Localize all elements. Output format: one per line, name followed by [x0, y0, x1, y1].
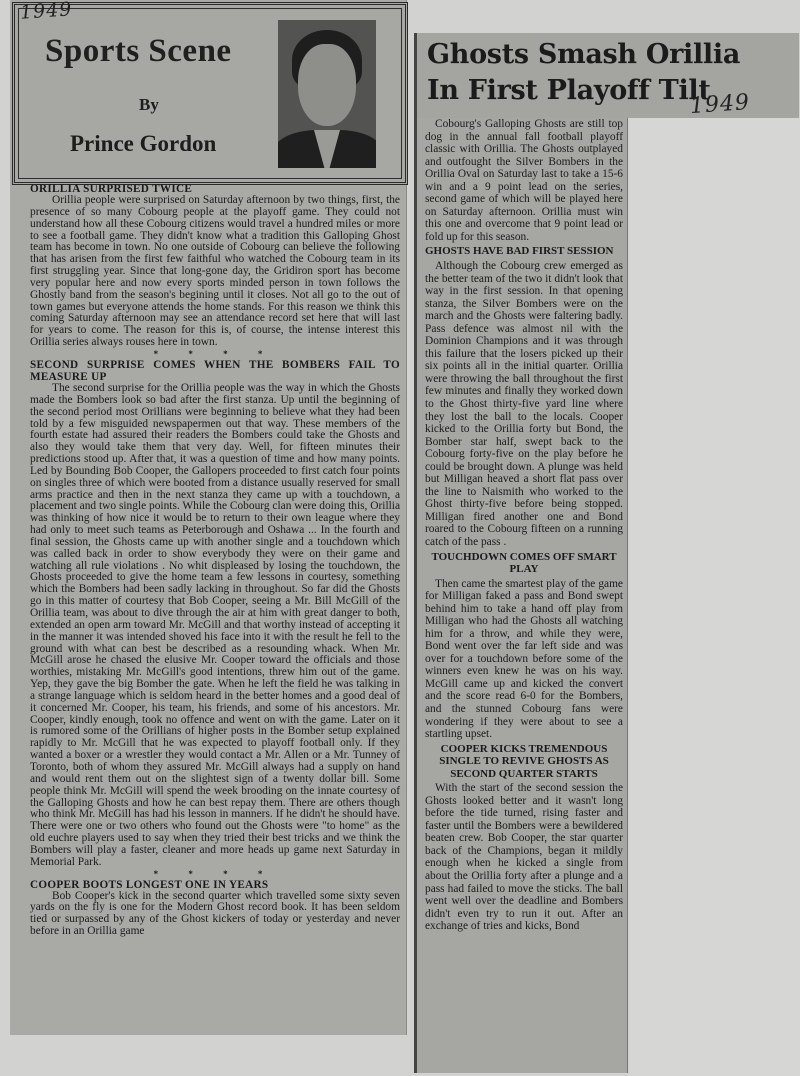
section-body: Then came the smartest play of the game … [425, 578, 623, 741]
separator-stars: * * * * [30, 869, 400, 879]
handwritten-year-left: 1949 [19, 0, 73, 24]
separator-stars: * * * * [30, 349, 400, 359]
game-story-body: Cobourg's Galloping Ghosts are still top… [425, 118, 623, 933]
section-heading: COOPER BOOTS LONGEST ONE IN YEARS [30, 879, 400, 891]
blank-paper-area [630, 118, 800, 1076]
column-header-box: Sports Scene By Prince Gordon [12, 2, 408, 185]
byline-author: Prince Gordon [70, 131, 216, 157]
section-heading: SECOND SURPRISE COMES WHEN THE BOMBERS F… [30, 359, 400, 383]
section-body: Bob Cooper's kick in the second quarter … [30, 891, 400, 938]
sports-scene-clipping: Sports Scene By Prince Gordon ORILLIA SU… [10, 0, 407, 1035]
headline-line-1: Ghosts Smash Orillia [427, 37, 797, 73]
column-title: Sports Scene [45, 33, 232, 70]
section-body: The second surprise for the Orillia peop… [30, 383, 400, 869]
section-body: Although the Cobourg crew emerged as the… [425, 260, 623, 549]
section-heading: GHOSTS HAVE BAD FIRST SESSION [425, 245, 623, 258]
section-heading: TOUCHDOWN COMES OFF SMART PLAY [425, 551, 623, 576]
game-story-clipping: Cobourg's Galloping Ghosts are still top… [414, 118, 628, 1073]
byline-by: By [139, 95, 159, 115]
handwritten-year-right: 1949 [689, 90, 751, 119]
section-body: Orillia people were surprised on Saturda… [30, 195, 400, 349]
author-portrait [278, 20, 376, 168]
column-body: ORILLIA SURPRISED TWICE Orillia people w… [30, 183, 400, 938]
section-body: With the start of the second session the… [425, 782, 623, 933]
section-heading: COOPER KICKS TREMENDOUS SINGLE TO REVIVE… [425, 743, 623, 781]
story-intro: Cobourg's Galloping Ghosts are still top… [425, 118, 623, 243]
